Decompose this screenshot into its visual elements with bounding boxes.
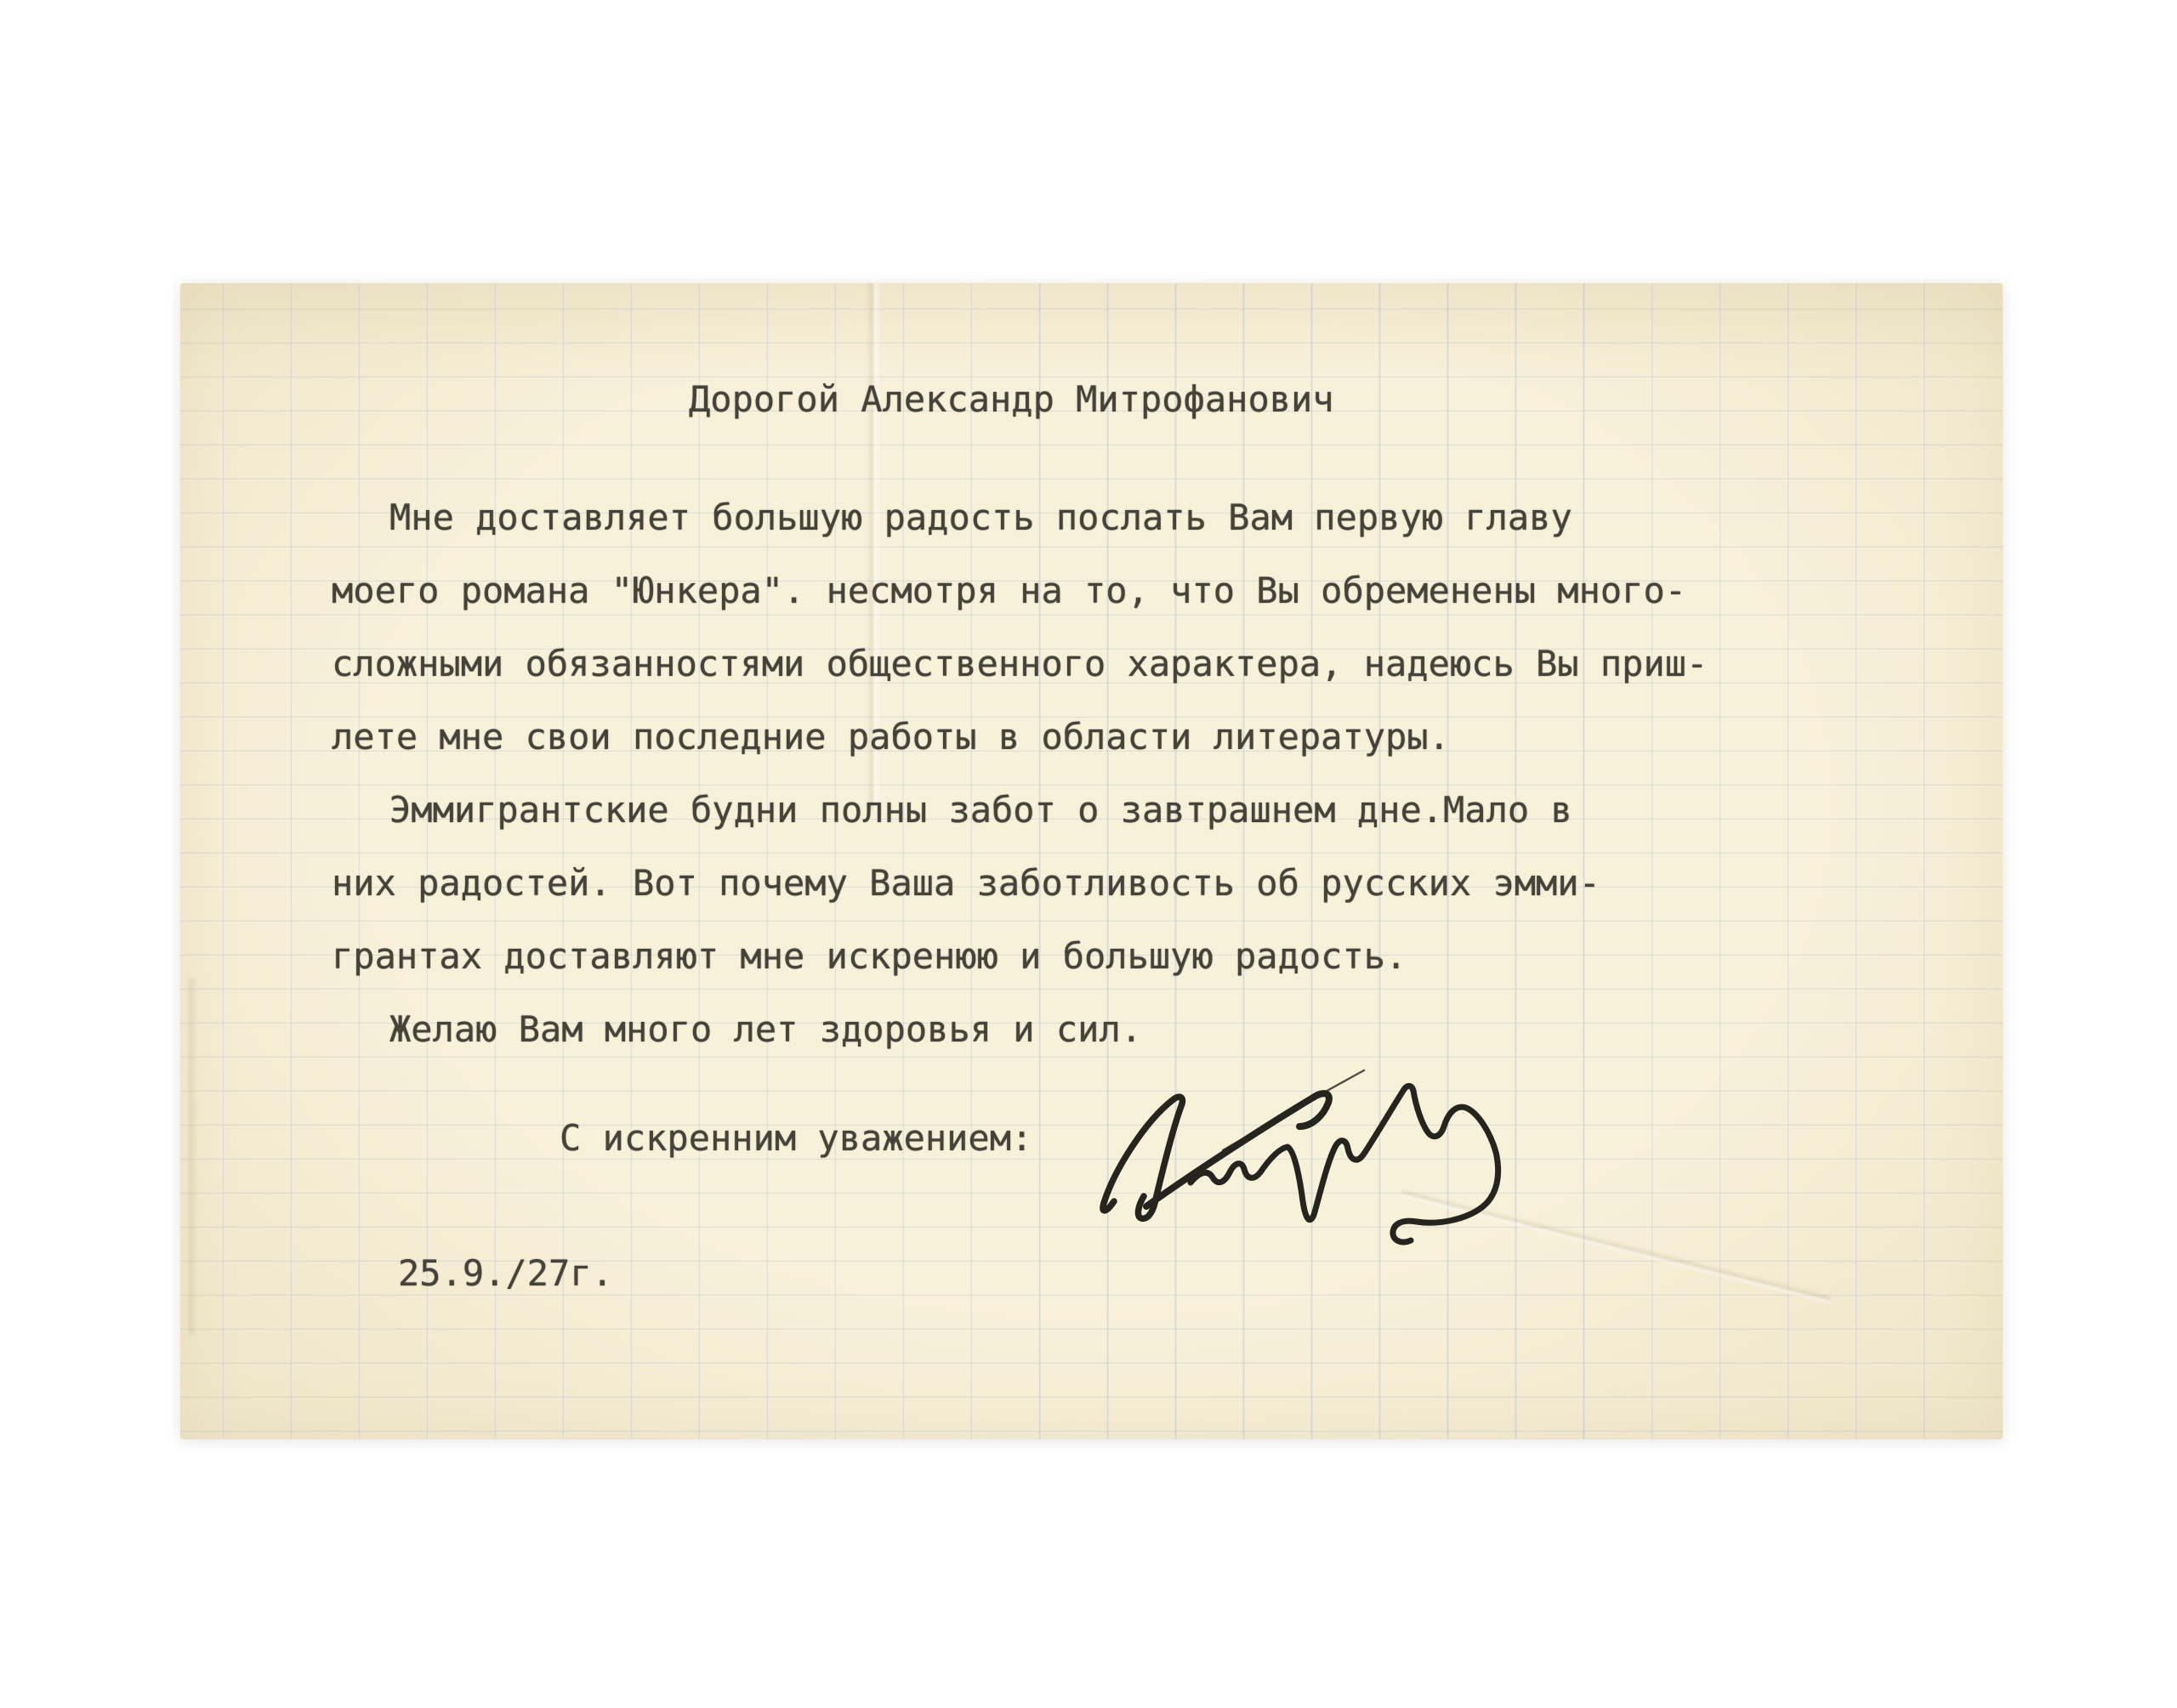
- date-line: 25.9./27г.: [398, 1251, 613, 1296]
- body-line: Мне доставляет большую радость послать В…: [389, 496, 1572, 540]
- closing-line: С искренним уважением:: [560, 1116, 1032, 1160]
- salutation-line: Дорогой Александр Митрофанович: [689, 377, 1334, 422]
- scan-background: Дорогой Александр Митрофанович Мне доста…: [0, 0, 2177, 1708]
- body-line: Желаю Вам много лет здоровья и сил.: [389, 1007, 1142, 1052]
- body-line: сложными обязанностями общественного хар…: [332, 642, 1708, 686]
- body-line: Эммигрантские будни полны забот о завтра…: [389, 788, 1572, 832]
- kuprin-signature: [1095, 1057, 1606, 1282]
- signature-letter-a-stroke: [1103, 1097, 1182, 1218]
- signature-flourish-stroke: [1191, 1086, 1498, 1242]
- body-line: моего романа "Юнкера". несмотря на то, ч…: [332, 569, 1686, 613]
- body-line: них радостей. Вот почему Ваша заботливос…: [332, 861, 1600, 905]
- body-line: лете мне свои последние работы в области…: [332, 715, 1450, 759]
- body-line: грантах доставляют мне искренюю и большу…: [332, 934, 1407, 979]
